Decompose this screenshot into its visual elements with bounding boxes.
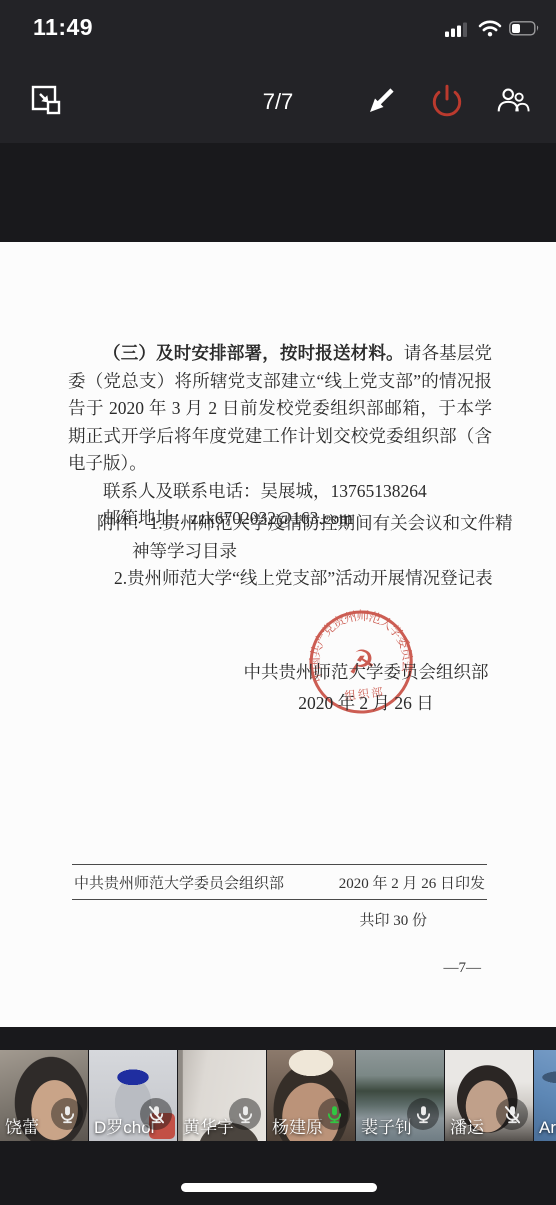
footer-print-date: 2020 年 2 月 26 日印发 — [339, 872, 485, 893]
contact-line: 联系人及联系电话：吴展城，13765138264 — [68, 478, 492, 506]
wifi-icon — [478, 20, 502, 37]
paragraph-section-3: （三）及时安排部署，按时报送材料。请各基层党委（党总支）将所辖党支部建立“线上党… — [68, 340, 492, 478]
participant-tile[interactable]: 裴子钊 — [356, 1050, 444, 1141]
participant-tile[interactable]: Ark — [534, 1050, 556, 1141]
participant-name: 饶蕾 — [5, 1113, 39, 1138]
footer-page-number: —7— — [72, 930, 487, 977]
participant-name: 杨建原 — [272, 1113, 323, 1138]
mic-idle-icon — [51, 1098, 83, 1130]
header: 11:49 — [0, 0, 556, 143]
footer-copies: 共印 30 份 — [72, 900, 487, 930]
participants-icon[interactable] — [494, 82, 530, 118]
mic-idle-icon — [229, 1098, 261, 1130]
participant-name: 黄华宇 — [183, 1113, 234, 1138]
page-indicator: 7/7 — [0, 89, 556, 115]
attachment-line: 2.贵州师范大学“线上党支部”活动开展情况登记表 — [114, 565, 556, 593]
footer-issuer: 中共贵州师范大学委员会组织部 — [74, 872, 284, 893]
participant-tile[interactable]: 饶蕾 — [0, 1050, 88, 1141]
status-bar: 11:49 — [0, 0, 556, 55]
participant-name: 裴子钊 — [361, 1113, 412, 1138]
mic-speaking-icon — [318, 1098, 350, 1130]
participant-tile[interactable]: 杨建原 — [267, 1050, 355, 1141]
attachment-line: 神等学习目录 — [132, 538, 556, 566]
signature-date: 2020 年 2 月 26 日 — [240, 688, 492, 719]
cellular-signal-icon — [445, 21, 471, 37]
document-footer: 中共贵州师范大学委员会组织部 2020 年 2 月 26 日印发 共印 30 份… — [72, 864, 487, 977]
pointer-arrow-icon[interactable] — [364, 82, 400, 118]
signature-block: 中共贵州师范大学委员会组织部 2020 年 2 月 26 日 — [240, 657, 492, 719]
participants-strip: 饶蕾 D罗chol 黄华宇 — [0, 1050, 556, 1141]
end-call-power-icon[interactable] — [429, 82, 465, 118]
signature-org: 中共贵州师范大学委员会组织部 — [240, 657, 492, 688]
meeting-toolbar: 7/7 — [0, 55, 556, 143]
participant-name: Ark — [539, 1118, 556, 1138]
participant-name: 潘运 — [450, 1113, 484, 1138]
mic-idle-icon — [407, 1098, 439, 1130]
shared-document-page[interactable]: （三）及时安排部署，按时报送材料。请各基层党委（党总支）将所辖党支部建立“线上党… — [0, 242, 556, 1027]
document-body: （三）及时安排部署，按时报送材料。请各基层党委（党总支）将所辖党支部建立“线上党… — [68, 340, 492, 533]
mic-muted-icon — [140, 1098, 172, 1130]
attachments-block: 附件：1.贵州师范大学疫情防控期间有关会议和文件精 神等学习目录 2.贵州师范大… — [0, 510, 556, 593]
attachment-line: 附件：1.贵州师范大学疫情防控期间有关会议和文件精 — [97, 510, 556, 538]
meeting-app-screen: 11:49 — [0, 0, 556, 1205]
battery-icon — [509, 21, 540, 36]
participant-tile[interactable]: D罗chol — [89, 1050, 177, 1141]
participant-tile[interactable]: 黄华宇 — [178, 1050, 266, 1141]
participant-tile[interactable]: 潘运 — [445, 1050, 533, 1141]
paragraph-heading: （三）及时安排部署，按时报送材料。 — [103, 343, 404, 363]
mic-muted-icon — [496, 1098, 528, 1130]
home-indicator[interactable] — [181, 1183, 377, 1192]
clock: 11:49 — [33, 14, 93, 41]
